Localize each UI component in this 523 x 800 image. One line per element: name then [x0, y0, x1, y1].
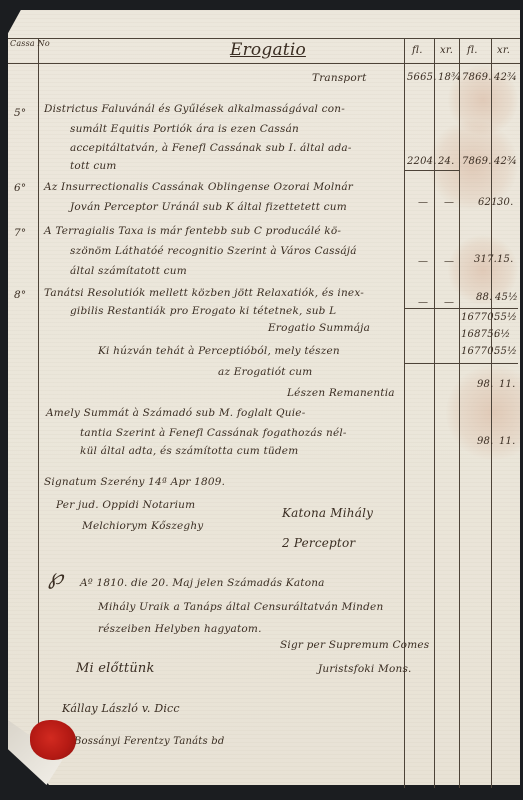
erogatio-summa-label: Erogatio Summája: [268, 323, 370, 334]
page-title: Erogatio: [230, 42, 306, 59]
entry-number: 5°: [14, 108, 26, 119]
carry-over-xr1: 18¾: [438, 73, 461, 83]
entry-line: tott cum: [70, 161, 117, 172]
remanentia-text: kül által adta, és számította cum tüdem: [80, 446, 298, 457]
witness-label: Mi előttünk: [76, 662, 155, 675]
sum-xr: 55½: [494, 313, 517, 323]
header-fl-1: fl.: [412, 46, 423, 56]
approval-flourish: ℘: [48, 567, 64, 589]
deduct-line: Ki húzván tehát à Perceptióból, mely tés…: [98, 346, 340, 357]
entry-line: által számítatott cum: [70, 266, 187, 277]
entry-total-xr: 45½: [495, 293, 518, 303]
entry-total-fl: 88.: [476, 293, 493, 303]
entry-total-xr: 15.: [497, 255, 514, 265]
entry-line: Tanátsi Resolutiók mellett közben jött R…: [44, 288, 364, 299]
perceptor-title: 2 Perceptor: [282, 537, 355, 549]
remanentia-text: tantia Szerint à Fenefl Cassának fogatho…: [80, 428, 347, 439]
sum-fl: 16875.: [461, 330, 497, 340]
sum-rule-bottom: [404, 363, 518, 364]
wax-seal: [30, 720, 76, 760]
header-fl-2: fl.: [467, 46, 478, 56]
approval-signer: Sigr per Supremum Comes: [280, 640, 429, 651]
column-no-label: Cassa No: [10, 40, 50, 48]
column-divider-xr2: [491, 38, 492, 788]
sum-fl: 16770.: [461, 347, 497, 357]
entry-line: Az Insurrectionalis Cassának Oblingense …: [44, 182, 353, 193]
subtotal-rule: [404, 170, 460, 171]
column-divider-fl1: [404, 38, 405, 788]
entry-line: szönöm Láthatóé recognitio Szerint à Vár…: [70, 246, 357, 257]
carry-over-fl1: 5665.: [407, 73, 437, 83]
sum-xr: 55½: [494, 347, 517, 357]
top-rule: [8, 38, 520, 39]
entry-line: Districtus Faluvánál és Gyűlések alkalma…: [44, 104, 345, 115]
entry-xr: —: [444, 298, 454, 308]
approval-signer: Juristsfoki Mons.: [318, 664, 412, 675]
perceptor-name: Katona Mihály: [282, 507, 373, 519]
column-divider-fl2: [459, 38, 460, 788]
entry-line: A Terragialis Taxa is már fentebb sub C …: [44, 226, 341, 237]
column-divider-no: [38, 38, 39, 748]
notary-line: Per jud. Oppidi Notarium: [56, 500, 195, 511]
approval-line: Mihály Uraik a Tanáps által Censuráltatv…: [98, 602, 383, 613]
entry-number: 6°: [14, 183, 26, 194]
remanentia-fl: 98.: [477, 380, 494, 390]
entry-xr: —: [444, 198, 454, 208]
entry-number: 7°: [14, 228, 26, 239]
carry-over-fl2: 7869.: [462, 73, 492, 83]
approval-line: Aº 1810. die 20. Maj jelen Számadás Kato…: [80, 578, 325, 589]
remanentia-text: Amely Summát à Számadó sub M. foglalt Qu…: [46, 408, 305, 419]
final-xr: 11.: [499, 437, 516, 447]
sum-fl: 16770.: [461, 313, 497, 323]
entry-line: sumált Equitis Portiók ára is ezen Cassá…: [70, 124, 299, 135]
entry-line: Jován Perceptor Uránál sub K által fizet…: [70, 202, 347, 213]
header-rule: [8, 63, 520, 64]
column-divider-xr1: [434, 38, 435, 788]
final-fl: 98.: [477, 437, 494, 447]
entry-xr: —: [444, 257, 454, 267]
carry-over-label: Transport: [312, 73, 367, 84]
carry-over-xr2: 42¾: [494, 73, 517, 83]
entry-total-xr: 30.: [497, 198, 514, 208]
approval-line: részeiben Helyben hagyatom.: [98, 624, 262, 635]
entry-number: 8°: [14, 290, 26, 301]
entry-total-xr: 42¾: [494, 157, 517, 167]
witness-signature: Kállay László v. Dicc: [62, 703, 180, 714]
sum-xr: 6½: [494, 330, 510, 340]
entry-fl: —: [418, 298, 428, 308]
entry-total-fl: 7869.: [462, 157, 492, 167]
remanentia-label: Lészen Remanentia: [287, 388, 395, 399]
entry-line: gibilis Restantiák pro Erogato ki tétetn…: [70, 306, 336, 317]
entry-line: accepitáltatván, à Fenefl Cassának sub I…: [70, 143, 352, 154]
notary-name: Melchiorym Kőszeghy: [82, 521, 203, 532]
entry-xr: 24.: [438, 157, 455, 167]
entry-fl: —: [418, 198, 428, 208]
place-date: Signatum Szerény 14ª Apr 1809.: [44, 477, 225, 488]
sum-rule-top: [404, 308, 518, 309]
entry-total-fl: 317.: [474, 255, 497, 265]
entry-fl: —: [418, 257, 428, 267]
entry-fl: 2204.: [407, 157, 437, 167]
header-xr-2: xr.: [497, 46, 510, 56]
header-xr-1: xr.: [440, 46, 453, 56]
deduct-line: az Erogatiót cum: [218, 367, 312, 378]
witness-signature: Bossányi Ferentzy Tanáts bd: [74, 737, 224, 747]
remanentia-xr: 11.: [499, 380, 516, 390]
